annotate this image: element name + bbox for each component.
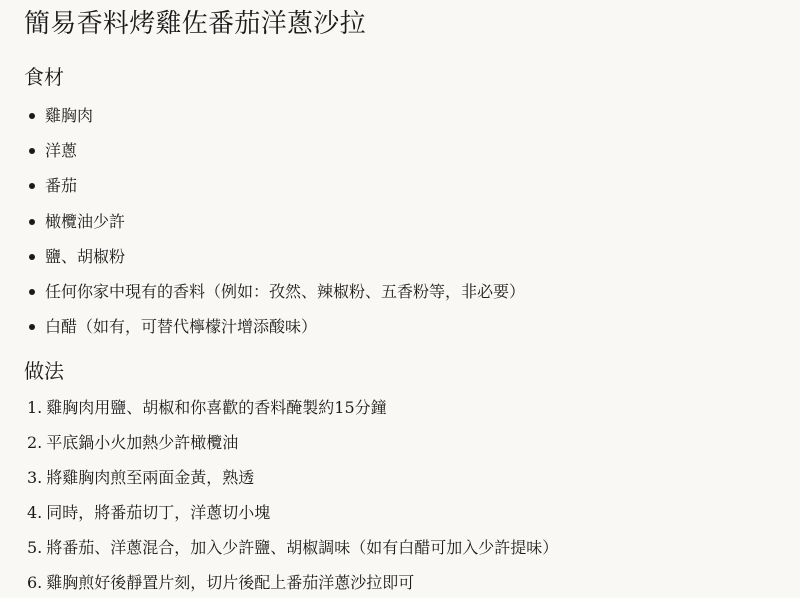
ingredient-text: 雞胸肉	[45, 106, 93, 125]
bullet-icon	[29, 324, 35, 330]
step-item: 1.雞胸肉用鹽、胡椒和你喜歡的香料醃製約15分鐘	[24, 390, 800, 425]
list-item: 橄欖油少許	[24, 204, 800, 239]
bullet-icon	[29, 289, 35, 295]
list-item: 番茄	[24, 168, 800, 203]
bullet-icon	[29, 113, 35, 119]
step-item: 6.雞胸煎好後靜置片刻，切片後配上番茄洋蔥沙拉即可	[24, 565, 800, 598]
step-text: 雞胸煎好後靜置片刻，切片後配上番茄洋蔥沙拉即可	[46, 573, 414, 592]
step-text: 同時，將番茄切丁，洋蔥切小塊	[46, 503, 270, 522]
ingredient-text: 橄欖油少許	[45, 212, 125, 231]
ingredients-list: 雞胸肉 洋蔥 番茄 橄欖油少許 鹽、胡椒粉 任何你家中現有的香料（例如：孜然、辣…	[24, 98, 800, 344]
bullet-icon	[29, 254, 35, 260]
step-text: 雞胸肉用鹽、胡椒和你喜歡的香料醃製約15分鐘	[46, 398, 386, 417]
step-item: 5.將番茄、洋蔥混合，加入少許鹽、胡椒調味（如有白醋可加入少許提味）	[24, 530, 800, 565]
method-heading: 做法	[24, 356, 800, 386]
step-text: 將番茄、洋蔥混合，加入少許鹽、胡椒調味（如有白醋可加入少許提味）	[46, 538, 558, 557]
bullet-icon	[29, 148, 35, 154]
step-number: 1.	[27, 390, 42, 425]
list-item: 任何你家中現有的香料（例如：孜然、辣椒粉、五香粉等，非必要）	[24, 274, 800, 309]
step-number: 3.	[27, 460, 42, 495]
list-item: 白醋（如有，可替代檸檬汁增添酸味）	[24, 309, 800, 344]
step-text: 將雞胸肉煎至兩面金黃，熟透	[46, 468, 254, 487]
ingredients-heading: 食材	[24, 62, 800, 92]
ingredient-text: 白醋（如有，可替代檸檬汁增添酸味）	[45, 317, 317, 336]
list-item: 鹽、胡椒粉	[24, 239, 800, 274]
ingredient-text: 洋蔥	[45, 141, 77, 160]
ingredient-text: 任何你家中現有的香料（例如：孜然、辣椒粉、五香粉等，非必要）	[45, 282, 525, 301]
ingredient-text: 番茄	[45, 176, 77, 195]
page-title: 簡易香料烤雞佐番茄洋蔥沙拉	[24, 6, 800, 42]
step-number: 2.	[27, 425, 42, 460]
step-number: 5.	[27, 530, 42, 565]
ingredient-text: 鹽、胡椒粉	[45, 247, 125, 266]
method-steps-list: 1.雞胸肉用鹽、胡椒和你喜歡的香料醃製約15分鐘 2.平底鍋小火加熱少許橄欖油 …	[24, 390, 800, 598]
step-text: 平底鍋小火加熱少許橄欖油	[46, 433, 238, 452]
step-item: 2.平底鍋小火加熱少許橄欖油	[24, 425, 800, 460]
step-item: 4.同時，將番茄切丁，洋蔥切小塊	[24, 495, 800, 530]
list-item: 雞胸肉	[24, 98, 800, 133]
list-item: 洋蔥	[24, 133, 800, 168]
step-number: 4.	[27, 495, 42, 530]
step-number: 6.	[27, 565, 42, 598]
bullet-icon	[29, 183, 35, 189]
recipe-document: 簡易香料烤雞佐番茄洋蔥沙拉 食材 雞胸肉 洋蔥 番茄 橄欖油少許 鹽、胡椒粉 任…	[0, 0, 800, 598]
step-item: 3.將雞胸肉煎至兩面金黃，熟透	[24, 460, 800, 495]
bullet-icon	[29, 219, 35, 225]
